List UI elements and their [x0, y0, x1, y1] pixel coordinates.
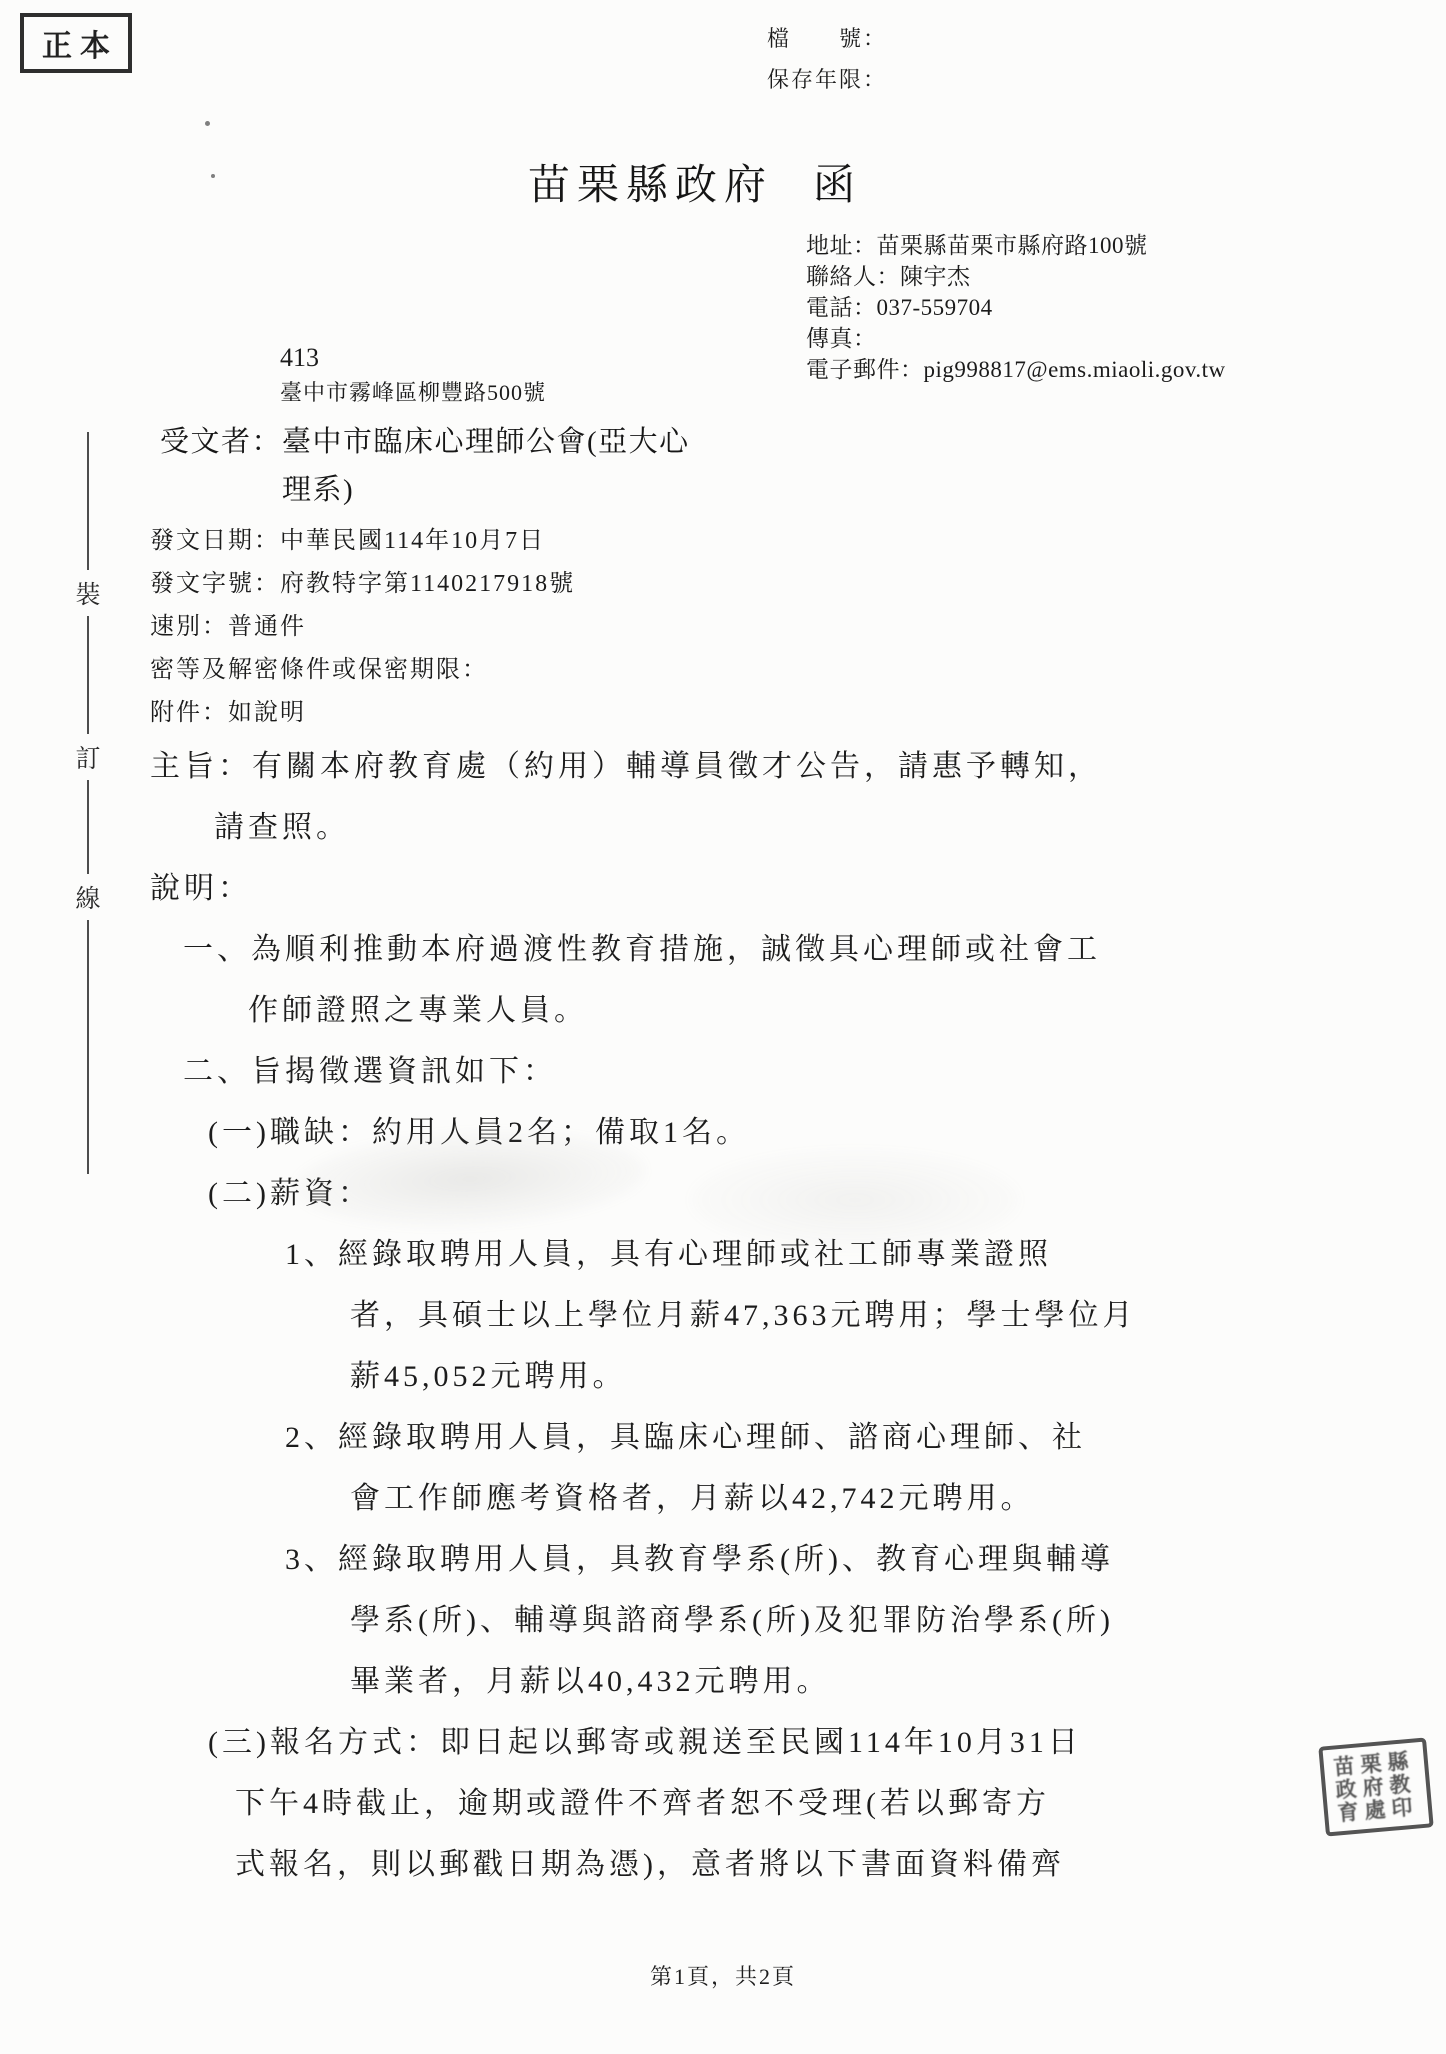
subject-line-2: 請查照。 [214, 797, 1330, 858]
binding-mark-xian: 線 [72, 874, 104, 920]
explanation-heading: 說明： [150, 858, 1330, 919]
document-type: 函 [813, 163, 855, 209]
salary-item-2-line-2: 會工作師應考資格者，月薪以42,742元聘用。 [350, 1468, 1330, 1529]
recipient-line-2: 理系) [282, 466, 690, 514]
document-page: 正本 檔 號： 保存年限： 苗栗縣政府函 地址：苗栗縣苗栗市縣府路100號 聯絡… [0, 0, 1446, 2054]
recipient-line-1: 受文者：臺中市臨床心理師公會(亞大心 [160, 418, 690, 466]
scan-speck [205, 121, 210, 126]
recipient-zip: 413 [280, 342, 319, 374]
sender-contact-block: 地址：苗栗縣苗栗市縣府路100號 聯絡人：陳宇杰 電話：037-559704 傳… [806, 230, 1226, 385]
document-meta-block: 發文日期：中華民國114年10月7日 發文字號：府教特字第1140217918號… [150, 520, 575, 735]
salary-item-2-line-1: 2、經錄取聘用人員，具臨床心理師、諮商心理師、社 [285, 1407, 1330, 1468]
page-footer: 第1頁，共2頁 [0, 1960, 1446, 1991]
issue-date: 發文日期：中華民國114年10月7日 [150, 520, 575, 563]
recipient-street: 臺中市霧峰區柳豐路500號 [280, 376, 546, 407]
original-copy-label: 正本 [42, 21, 118, 65]
document-body: 主旨：有關本府教育處（約用）輔導員徵才公告，請惠予轉知， 請查照。 說明： 一、… [150, 736, 1330, 1895]
binding-mark-ding: 訂 [72, 734, 104, 780]
file-number-block: 檔 號： 保存年限： [767, 18, 887, 100]
page-number-info: 第1頁，共2頁 [650, 1964, 796, 1989]
document-title: 苗栗縣政府函 [528, 152, 855, 212]
attachment-note: 附件：如說明 [150, 692, 575, 735]
official-seal: 苗栗縣政府教育處印 [1318, 1737, 1433, 1836]
issue-number: 發文字號：府教特字第1140217918號 [150, 563, 575, 606]
binding-line [87, 432, 89, 1174]
file-number-label: 檔 號： [767, 18, 887, 59]
security-class: 密等及解密條件或保密期限： [150, 649, 575, 692]
binding-mark-zhuang: 裝 [72, 570, 104, 616]
retention-period-label: 保存年限： [767, 59, 887, 100]
sender-phone: 電話：037-559704 [806, 292, 1226, 323]
sender-fax: 傳真： [806, 323, 1226, 354]
recipient-block: 受文者：臺中市臨床心理師公會(亞大心 理系) [160, 418, 690, 514]
sender-contact-person: 聯絡人：陳宇杰 [806, 261, 1226, 292]
subject-line-1: 主旨：有關本府教育處（約用）輔導員徵才公告，請惠予轉知， [150, 736, 1330, 797]
speed-class: 速別：普通件 [150, 606, 575, 649]
sender-email: 電子郵件：pig998817@ems.miaoli.gov.tw [806, 354, 1226, 385]
salary-item-3-line-2: 學系(所)、輔導與諮商學系(所)及犯罪防治學系(所) [350, 1590, 1330, 1651]
scan-speck [211, 174, 215, 178]
official-seal-glyphs: 苗栗縣政府教育處印 [1333, 1749, 1420, 1825]
salary-item-1-line-2: 者，具碩士以上學位月薪47,363元聘用；學士學位月 [350, 1285, 1330, 1346]
salary-item-3-line-3: 畢業者，月薪以40,432元聘用。 [350, 1651, 1330, 1712]
clause-1-line-1: 一、為順利推動本府過渡性教育措施，誠徵具心理師或社會工 [183, 919, 1330, 980]
sub-clause-3-line-1: (三)報名方式：即日起以郵寄或親送至民國114年10月31日 [208, 1712, 1330, 1773]
original-copy-stamp: 正本 [20, 13, 132, 73]
issuing-agency-name: 苗栗縣政府 [528, 163, 773, 209]
sub-clause-3-line-2: 下午4時截止，逾期或證件不齊者恕不受理(若以郵寄方 [235, 1773, 1330, 1834]
clause-1-line-2: 作師證照之專業人員。 [248, 980, 1330, 1041]
sender-address: 地址：苗栗縣苗栗市縣府路100號 [806, 230, 1226, 261]
clause-2-heading: 二、旨揭徵選資訊如下： [183, 1041, 1330, 1102]
sub-clause-3-line-3: 式報名，則以郵戳日期為憑)，意者將以下書面資料備齊 [235, 1834, 1330, 1895]
salary-item-1-line-3: 薪45,052元聘用。 [350, 1346, 1330, 1407]
salary-item-3-line-1: 3、經錄取聘用人員，具教育學系(所)、教育心理與輔導 [285, 1529, 1330, 1590]
scan-smudge [690, 1150, 1020, 1250]
